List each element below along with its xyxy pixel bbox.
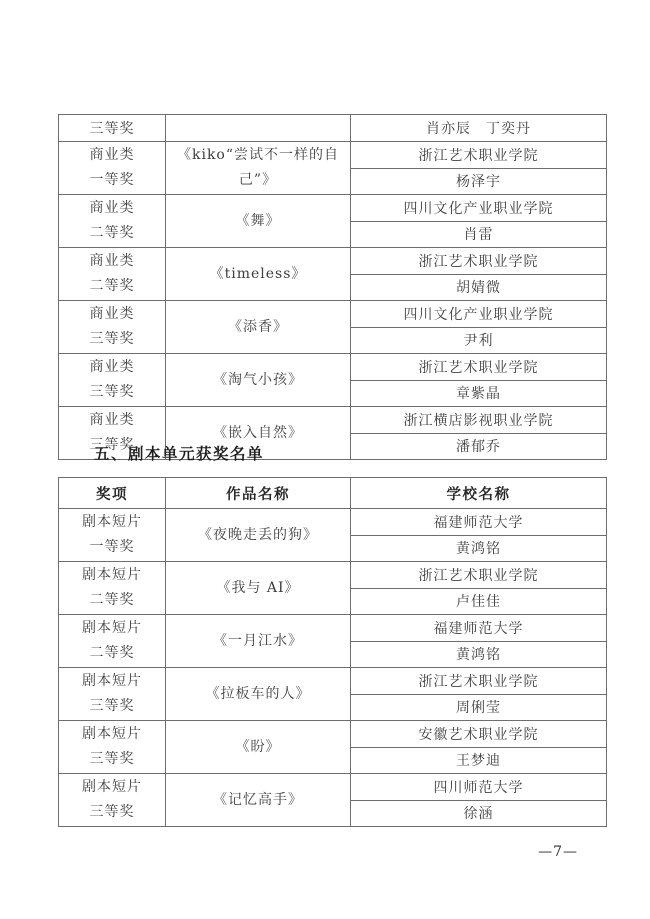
award-cell: 剧本短片 二等奖 xyxy=(59,615,166,668)
winner-cell: 卢佳佳 xyxy=(351,588,607,615)
work-title-cell: 《kiko“尝试不一样的自己”》 xyxy=(166,142,351,195)
school-cell: 四川文化产业职业学院 xyxy=(351,195,607,222)
winner-cell: 章紫晶 xyxy=(351,380,607,407)
table-row: 剧本短片 二等奖 《我与 AI》 浙江艺术职业学院 xyxy=(59,562,607,589)
work-title-cell: 《记忆高手》 xyxy=(166,774,351,827)
award-category: 商业类 xyxy=(63,408,161,433)
school-cell: 四川文化产业职业学院 xyxy=(351,301,607,328)
work-title-cell: 《夜晚走丢的狗》 xyxy=(166,509,351,562)
table-row: 商业类 二等奖 《timeless》 浙江艺术职业学院 xyxy=(59,248,607,275)
table-row: 剧本短片 二等奖 《一月江水》 福建师范大学 xyxy=(59,615,607,642)
script-awards-table: 奖项 作品名称 学校名称 剧本短片 一等奖 《夜晚走丢的狗》 福建师范大学 黄鸿… xyxy=(58,477,607,827)
school-cell: 浙江艺术职业学院 xyxy=(351,562,607,589)
winner-cell: 周俐莹 xyxy=(351,694,607,721)
table-row: 剧本短片 三等奖 《盼》 安徽艺术职业学院 xyxy=(59,721,607,748)
school-cell: 福建师范大学 xyxy=(351,509,607,536)
work-title-cell: 《一月江水》 xyxy=(166,615,351,668)
school-cell: 浙江横店影视职业学院 xyxy=(351,407,607,434)
winner-cell: 尹利 xyxy=(351,327,607,354)
award-category: 剧本短片 xyxy=(63,775,161,800)
award-level: 一等奖 xyxy=(63,168,161,193)
award-level: 二等奖 xyxy=(63,274,161,299)
award-level: 三等奖 xyxy=(63,327,161,352)
award-cell: 商业类 三等奖 xyxy=(59,301,166,354)
school-cell: 浙江艺术职业学院 xyxy=(351,248,607,275)
winner-cell: 王梦迪 xyxy=(351,747,607,774)
work-title-cell xyxy=(166,115,351,142)
award-level: 三等奖 xyxy=(63,747,161,772)
winner-cell: 杨泽宇 xyxy=(351,168,607,195)
award-cell: 商业类 二等奖 xyxy=(59,195,166,248)
award-category: 剧本短片 xyxy=(63,669,161,694)
award-level: 三等奖 xyxy=(63,694,161,719)
award-category: 商业类 xyxy=(63,143,161,168)
work-title-cell: 《拉板车的人》 xyxy=(166,668,351,721)
school-cell: 安徽艺术职业学院 xyxy=(351,721,607,748)
award-category: 商业类 xyxy=(63,249,161,274)
table-row: 商业类 二等奖 《舞》 四川文化产业职业学院 xyxy=(59,195,607,222)
table-row: 剧本短片 三等奖 《记忆高手》 四川师范大学 xyxy=(59,774,607,801)
award-level: 三等奖 xyxy=(63,800,161,825)
table-row: 商业类 三等奖 《嵌入自然》 浙江横店影视职业学院 xyxy=(59,407,607,434)
award-level: 一等奖 xyxy=(63,535,161,560)
award-category: 商业类 xyxy=(63,355,161,380)
table-row: 剧本短片 三等奖 《拉板车的人》 浙江艺术职业学院 xyxy=(59,668,607,695)
winner-cell: 黄鸿铭 xyxy=(351,641,607,668)
award-category: 商业类 xyxy=(63,196,161,221)
table-row: 剧本短片 一等奖 《夜晚走丢的狗》 福建师范大学 xyxy=(59,509,607,536)
award-category: 剧本短片 xyxy=(63,563,161,588)
winner-cell: 肖雷 xyxy=(351,221,607,248)
award-category: 剧本短片 xyxy=(63,510,161,535)
winner-cell: 肖亦辰 丁奕丹 xyxy=(351,115,607,142)
award-cell: 剧本短片 三等奖 xyxy=(59,774,166,827)
table-row: 商业类 一等奖 《kiko“尝试不一样的自己”》 浙江艺术职业学院 xyxy=(59,142,607,169)
award-category: 剧本短片 xyxy=(63,616,161,641)
table-row: 三等奖 肖亦辰 丁奕丹 xyxy=(59,115,607,142)
table-row: 商业类 三等奖 《淘气小孩》 浙江艺术职业学院 xyxy=(59,354,607,381)
document-page: 三等奖 肖亦辰 丁奕丹 商业类 一等奖 《kiko“尝试不一样的自己”》 浙江艺… xyxy=(0,0,650,919)
award-level: 二等奖 xyxy=(63,588,161,613)
award-cell: 剧本短片 一等奖 xyxy=(59,509,166,562)
section-heading: 五、剧本单元获奖名单 xyxy=(94,442,264,464)
winner-cell: 徐涵 xyxy=(351,800,607,827)
award-cell: 剧本短片 三等奖 xyxy=(59,721,166,774)
school-cell: 浙江艺术职业学院 xyxy=(351,142,607,169)
school-cell: 浙江艺术职业学院 xyxy=(351,668,607,695)
work-title-cell: 《舞》 xyxy=(166,195,351,248)
table-row: 商业类 三等奖 《添香》 四川文化产业职业学院 xyxy=(59,301,607,328)
commercial-awards-table: 三等奖 肖亦辰 丁奕丹 商业类 一等奖 《kiko“尝试不一样的自己”》 浙江艺… xyxy=(58,114,607,460)
award-level: 二等奖 xyxy=(63,641,161,666)
work-title-cell: 《timeless》 xyxy=(166,248,351,301)
winner-cell: 黄鸿铭 xyxy=(351,535,607,562)
work-title-cell: 《添香》 xyxy=(166,301,351,354)
award-cell: 剧本短片 二等奖 xyxy=(59,562,166,615)
school-cell: 福建师范大学 xyxy=(351,615,607,642)
winner-cell: 潘郁乔 xyxy=(351,433,607,460)
work-title-cell: 《淘气小孩》 xyxy=(166,354,351,407)
table-header-row: 奖项 作品名称 学校名称 xyxy=(59,478,607,509)
column-header-school: 学校名称 xyxy=(351,478,607,509)
award-level: 三等奖 xyxy=(63,380,161,405)
page-number: —7— xyxy=(538,844,578,860)
work-title-cell: 《盼》 xyxy=(166,721,351,774)
award-level: 二等奖 xyxy=(63,221,161,246)
award-cell: 商业类 二等奖 xyxy=(59,248,166,301)
school-cell: 四川师范大学 xyxy=(351,774,607,801)
school-cell: 浙江艺术职业学院 xyxy=(351,354,607,381)
award-cell: 商业类 三等奖 xyxy=(59,354,166,407)
winner-cell: 胡婧微 xyxy=(351,274,607,301)
column-header-work: 作品名称 xyxy=(166,478,351,509)
award-cell: 剧本短片 三等奖 xyxy=(59,668,166,721)
column-header-award: 奖项 xyxy=(59,478,166,509)
award-cell: 商业类 一等奖 xyxy=(59,142,166,195)
award-category: 商业类 xyxy=(63,302,161,327)
award-cell: 三等奖 xyxy=(59,115,166,142)
award-category: 剧本短片 xyxy=(63,722,161,747)
work-title-cell: 《我与 AI》 xyxy=(166,562,351,615)
